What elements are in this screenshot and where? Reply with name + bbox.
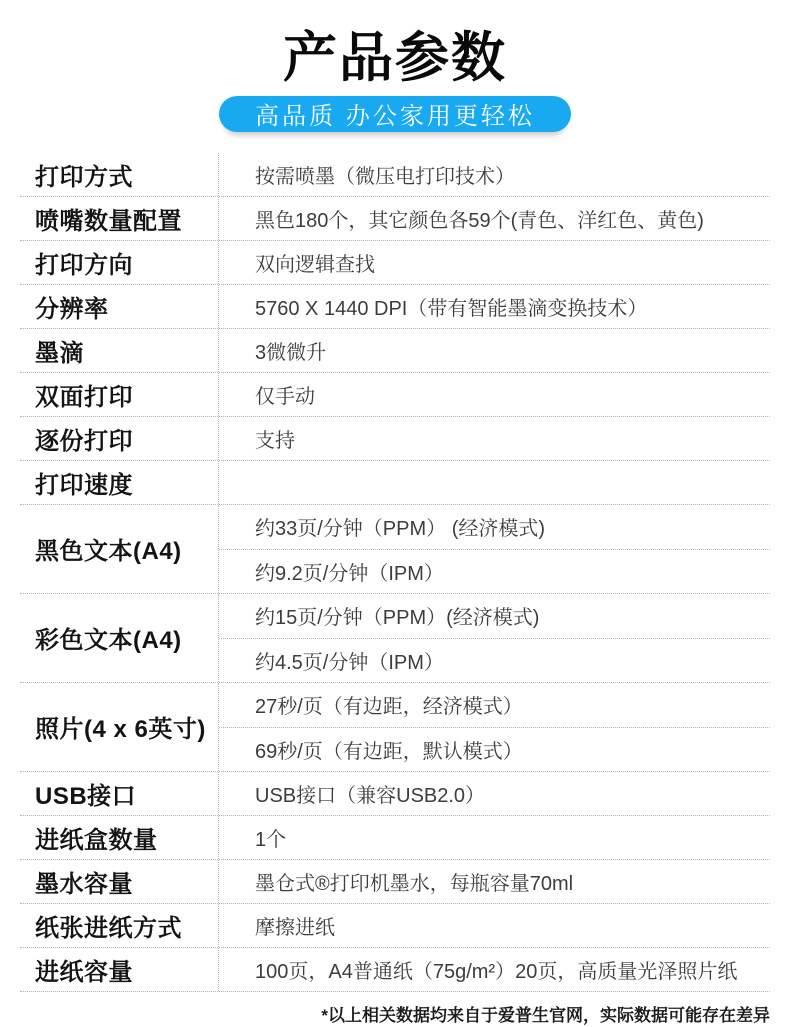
table-row: 黑色文本(A4)约33页/分钟（PPM） (经济模式)约9.2页/分钟（IPM） [20, 505, 770, 594]
spec-value: 约4.5页/分钟（IPM） [219, 638, 770, 682]
data-source-footnote: *以上相关数据均来自于爱普生官网，实际数据可能存在差异 [0, 1001, 770, 1026]
table-row: 打印方向双向逻辑查找 [20, 241, 770, 285]
spec-value-group: 约15页/分钟（PPM）(经济模式)约4.5页/分钟（IPM） [218, 594, 770, 682]
spec-label: 分辨率 [20, 285, 218, 328]
spec-value: 仅手动 [219, 373, 770, 416]
table-row: 分辨率5760 X 1440 DPI（带有智能墨滴变换技术） [20, 285, 770, 329]
quality-banner: 高品质 办公家用更轻松 [219, 96, 571, 132]
page-title: 产品参数 [0, 26, 790, 91]
table-row: 进纸容量100页，A4普通纸（75g/m²）20页，高质量光泽照片纸 [20, 948, 770, 992]
spec-value-group: 仅手动 [218, 373, 770, 416]
table-row: 墨水容量墨仓式®打印机墨水，每瓶容量70ml [20, 860, 770, 904]
spec-label: 打印方式 [20, 153, 218, 196]
spec-value-group: USB接口（兼容USB2.0） [218, 772, 770, 815]
spec-value [219, 461, 770, 504]
spec-value: 27秒/页（有边距，经济模式） [219, 683, 770, 727]
spec-table: 打印方式按需喷墨（微压电打印技术）喷嘴数量配置黑色180个，其它颜色各59个(青… [20, 153, 770, 992]
table-row: 打印方式按需喷墨（微压电打印技术） [20, 153, 770, 197]
table-row: 进纸盒数量1个 [20, 816, 770, 860]
spec-value: USB接口（兼容USB2.0） [219, 772, 770, 815]
table-row: 双面打印仅手动 [20, 373, 770, 417]
spec-label: 打印速度 [20, 461, 218, 504]
spec-value: 约33页/分钟（PPM） (经济模式) [219, 505, 770, 549]
table-row: 墨滴3微微升 [20, 329, 770, 373]
spec-value: 支持 [219, 417, 770, 460]
spec-label: 逐份打印 [20, 417, 218, 460]
spec-value-group: 按需喷墨（微压电打印技术） [218, 153, 770, 196]
spec-label: 墨水容量 [20, 860, 218, 903]
spec-label: 进纸容量 [20, 948, 218, 991]
banner-container: 高品质 办公家用更轻松 [0, 96, 790, 132]
spec-value-group [218, 461, 770, 504]
table-row: 打印速度 [20, 461, 770, 505]
spec-value-group: 黑色180个，其它颜色各59个(青色、洋红色、黄色) [218, 197, 770, 240]
spec-value-group: 3微微升 [218, 329, 770, 372]
table-row: 逐份打印支持 [20, 417, 770, 461]
spec-value-group: 双向逻辑查找 [218, 241, 770, 284]
spec-label: 照片(4 x 6英寸) [20, 683, 218, 771]
spec-value: 5760 X 1440 DPI（带有智能墨滴变换技术） [219, 285, 770, 328]
spec-value: 双向逻辑查找 [219, 241, 770, 284]
spec-value-group: 1个 [218, 816, 770, 859]
spec-value: 墨仓式®打印机墨水，每瓶容量70ml [219, 860, 770, 903]
product-parameters-page: 产品参数 高品质 办公家用更轻松 打印方式按需喷墨（微压电打印技术）喷嘴数量配置… [0, 0, 790, 1027]
spec-value: 摩擦进纸 [219, 904, 770, 947]
spec-value: 69秒/页（有边距，默认模式） [219, 727, 770, 771]
spec-value-group: 100页，A4普通纸（75g/m²）20页，高质量光泽照片纸 [218, 948, 770, 991]
table-row: USB接口USB接口（兼容USB2.0） [20, 772, 770, 816]
spec-label: 双面打印 [20, 373, 218, 416]
spec-value-group: 墨仓式®打印机墨水，每瓶容量70ml [218, 860, 770, 903]
spec-label: 彩色文本(A4) [20, 594, 218, 682]
table-row: 照片(4 x 6英寸)27秒/页（有边距，经济模式）69秒/页（有边距，默认模式… [20, 683, 770, 772]
table-row: 彩色文本(A4)约15页/分钟（PPM）(经济模式)约4.5页/分钟（IPM） [20, 594, 770, 683]
spec-value: 1个 [219, 816, 770, 859]
spec-value: 黑色180个，其它颜色各59个(青色、洋红色、黄色) [219, 197, 770, 240]
spec-label: 墨滴 [20, 329, 218, 372]
spec-value: 按需喷墨（微压电打印技术） [219, 153, 770, 196]
spec-value: 约15页/分钟（PPM）(经济模式) [219, 594, 770, 638]
spec-value: 约9.2页/分钟（IPM） [219, 549, 770, 593]
spec-value-group: 摩擦进纸 [218, 904, 770, 947]
spec-label: 纸张进纸方式 [20, 904, 218, 947]
spec-label: 喷嘴数量配置 [20, 197, 218, 240]
spec-value-group: 27秒/页（有边距，经济模式）69秒/页（有边距，默认模式） [218, 683, 770, 771]
spec-value: 3微微升 [219, 329, 770, 372]
spec-label: 打印方向 [20, 241, 218, 284]
spec-label: 黑色文本(A4) [20, 505, 218, 593]
spec-value: 100页，A4普通纸（75g/m²）20页，高质量光泽照片纸 [219, 948, 770, 991]
spec-value-group: 约33页/分钟（PPM） (经济模式)约9.2页/分钟（IPM） [218, 505, 770, 593]
spec-label: 进纸盒数量 [20, 816, 218, 859]
spec-label: USB接口 [20, 772, 218, 815]
table-row: 喷嘴数量配置黑色180个，其它颜色各59个(青色、洋红色、黄色) [20, 197, 770, 241]
table-row: 纸张进纸方式摩擦进纸 [20, 904, 770, 948]
spec-value-group: 支持 [218, 417, 770, 460]
spec-value-group: 5760 X 1440 DPI（带有智能墨滴变换技术） [218, 285, 770, 328]
